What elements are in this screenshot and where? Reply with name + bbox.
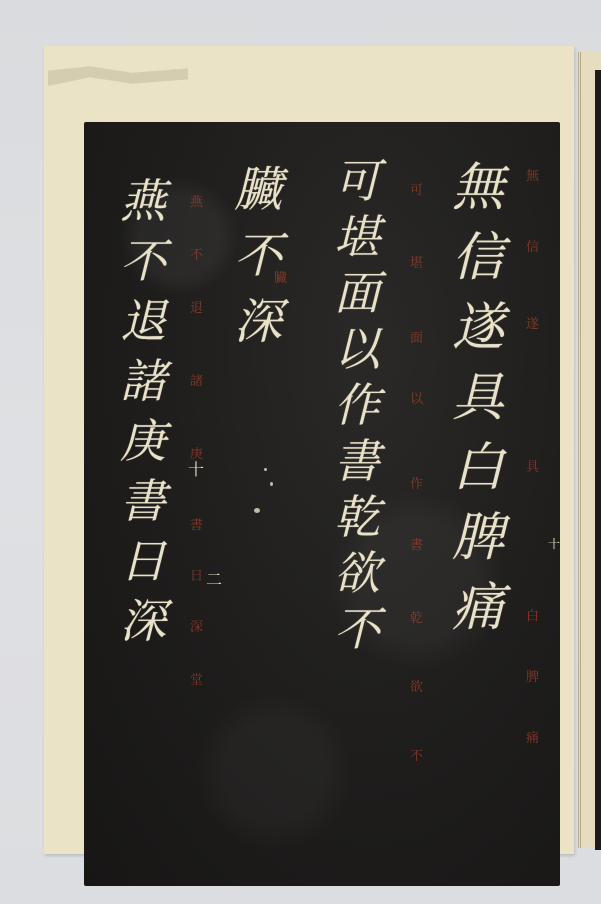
annotation-char: 信	[526, 241, 539, 254]
annotation-column-1: 無 信 遂 具 白 脾 痛	[526, 170, 539, 745]
album-page: 無 信 遂 具 白 脾 痛 可 堪 面 以 作 書 乾 欲 不 臟 不 深	[44, 46, 574, 854]
annotation-char: 具	[526, 461, 539, 474]
glyph: 不	[120, 238, 166, 284]
glyph: 信	[452, 232, 504, 284]
glyph: 書	[120, 478, 166, 524]
annotation-char: 面	[410, 332, 423, 345]
glyph: 深	[120, 598, 166, 644]
torn-edge	[48, 64, 188, 86]
page-fold-line	[580, 52, 581, 848]
glyph: 庚	[120, 418, 166, 464]
annotation-char: 脾	[526, 671, 539, 684]
glyph: 無	[452, 162, 504, 214]
annotation-char: 不	[190, 249, 203, 262]
annotation-char: 臟	[274, 272, 287, 285]
glyph: 面	[334, 270, 380, 316]
glyph: 脾	[452, 512, 504, 564]
glyph: 堪	[334, 214, 380, 260]
glyph: 諸	[120, 358, 166, 404]
annotation-char: 書	[410, 539, 423, 552]
speck	[270, 482, 273, 486]
glyph: 退	[120, 298, 166, 344]
glyph: 具	[452, 372, 504, 424]
text-column-3: 臟 不 深	[234, 166, 282, 364]
glyph: 日	[120, 538, 166, 584]
glyph: 白	[452, 442, 504, 494]
glyph: 乾	[334, 494, 380, 540]
text-column-2: 可 堪 面 以 作 書 乾 欲 不	[334, 158, 380, 662]
annotation-char: 書	[190, 519, 203, 532]
annotation-char: 燕	[190, 196, 203, 209]
annotation-char: 堂	[190, 674, 203, 687]
annotation-char: 痛	[526, 732, 539, 745]
annotation-char: 白	[526, 610, 539, 623]
glyph: 遂	[452, 302, 504, 354]
annotation-char: 日	[190, 570, 203, 583]
annotation-char: 作	[410, 478, 423, 491]
glyph: 燕	[120, 178, 166, 224]
glyph: 深	[234, 298, 282, 346]
speck	[254, 508, 260, 513]
mark-two: 二	[206, 572, 222, 588]
annotation-char: 遂	[526, 318, 539, 331]
annotation-column-2: 可 堪 面 以 作 書 乾 欲 不	[410, 184, 423, 763]
annotation-char: 不	[410, 750, 423, 763]
annotation-char: 退	[190, 302, 203, 315]
glyph: 不	[334, 606, 380, 652]
speck	[264, 468, 267, 471]
annotation-column-4: 燕 不 退 諸 庚 書 日 深 堂	[190, 196, 203, 687]
ink-rubbing: 無 信 遂 具 白 脾 痛 可 堪 面 以 作 書 乾 欲 不 臟 不 深	[84, 122, 560, 886]
annotation-char: 乾	[410, 612, 423, 625]
mark-ten-right: 十	[548, 538, 560, 550]
annotation-char: 欲	[410, 681, 423, 694]
glyph: 以	[334, 326, 380, 372]
text-column-4: 燕 不 退 諸 庚 書 日 深	[120, 178, 166, 658]
annotation-column-3: 臟	[274, 272, 287, 285]
next-page-ink-edge	[595, 70, 601, 850]
glyph: 書	[334, 438, 380, 484]
glyph: 可	[334, 158, 380, 204]
annotation-char: 深	[190, 621, 203, 634]
mark-ten: 十	[188, 462, 204, 478]
annotation-char: 可	[410, 184, 423, 197]
annotation-char: 堪	[410, 257, 423, 270]
annotation-char: 無	[526, 170, 539, 183]
annotation-char: 諸	[190, 375, 203, 388]
glyph: 痛	[452, 582, 504, 634]
glyph: 臟	[234, 166, 282, 214]
annotation-char: 以	[410, 393, 423, 406]
glyph: 欲	[334, 550, 380, 596]
text-column-1: 無 信 遂 具 白 脾 痛	[452, 162, 504, 652]
glyph: 作	[334, 382, 380, 428]
